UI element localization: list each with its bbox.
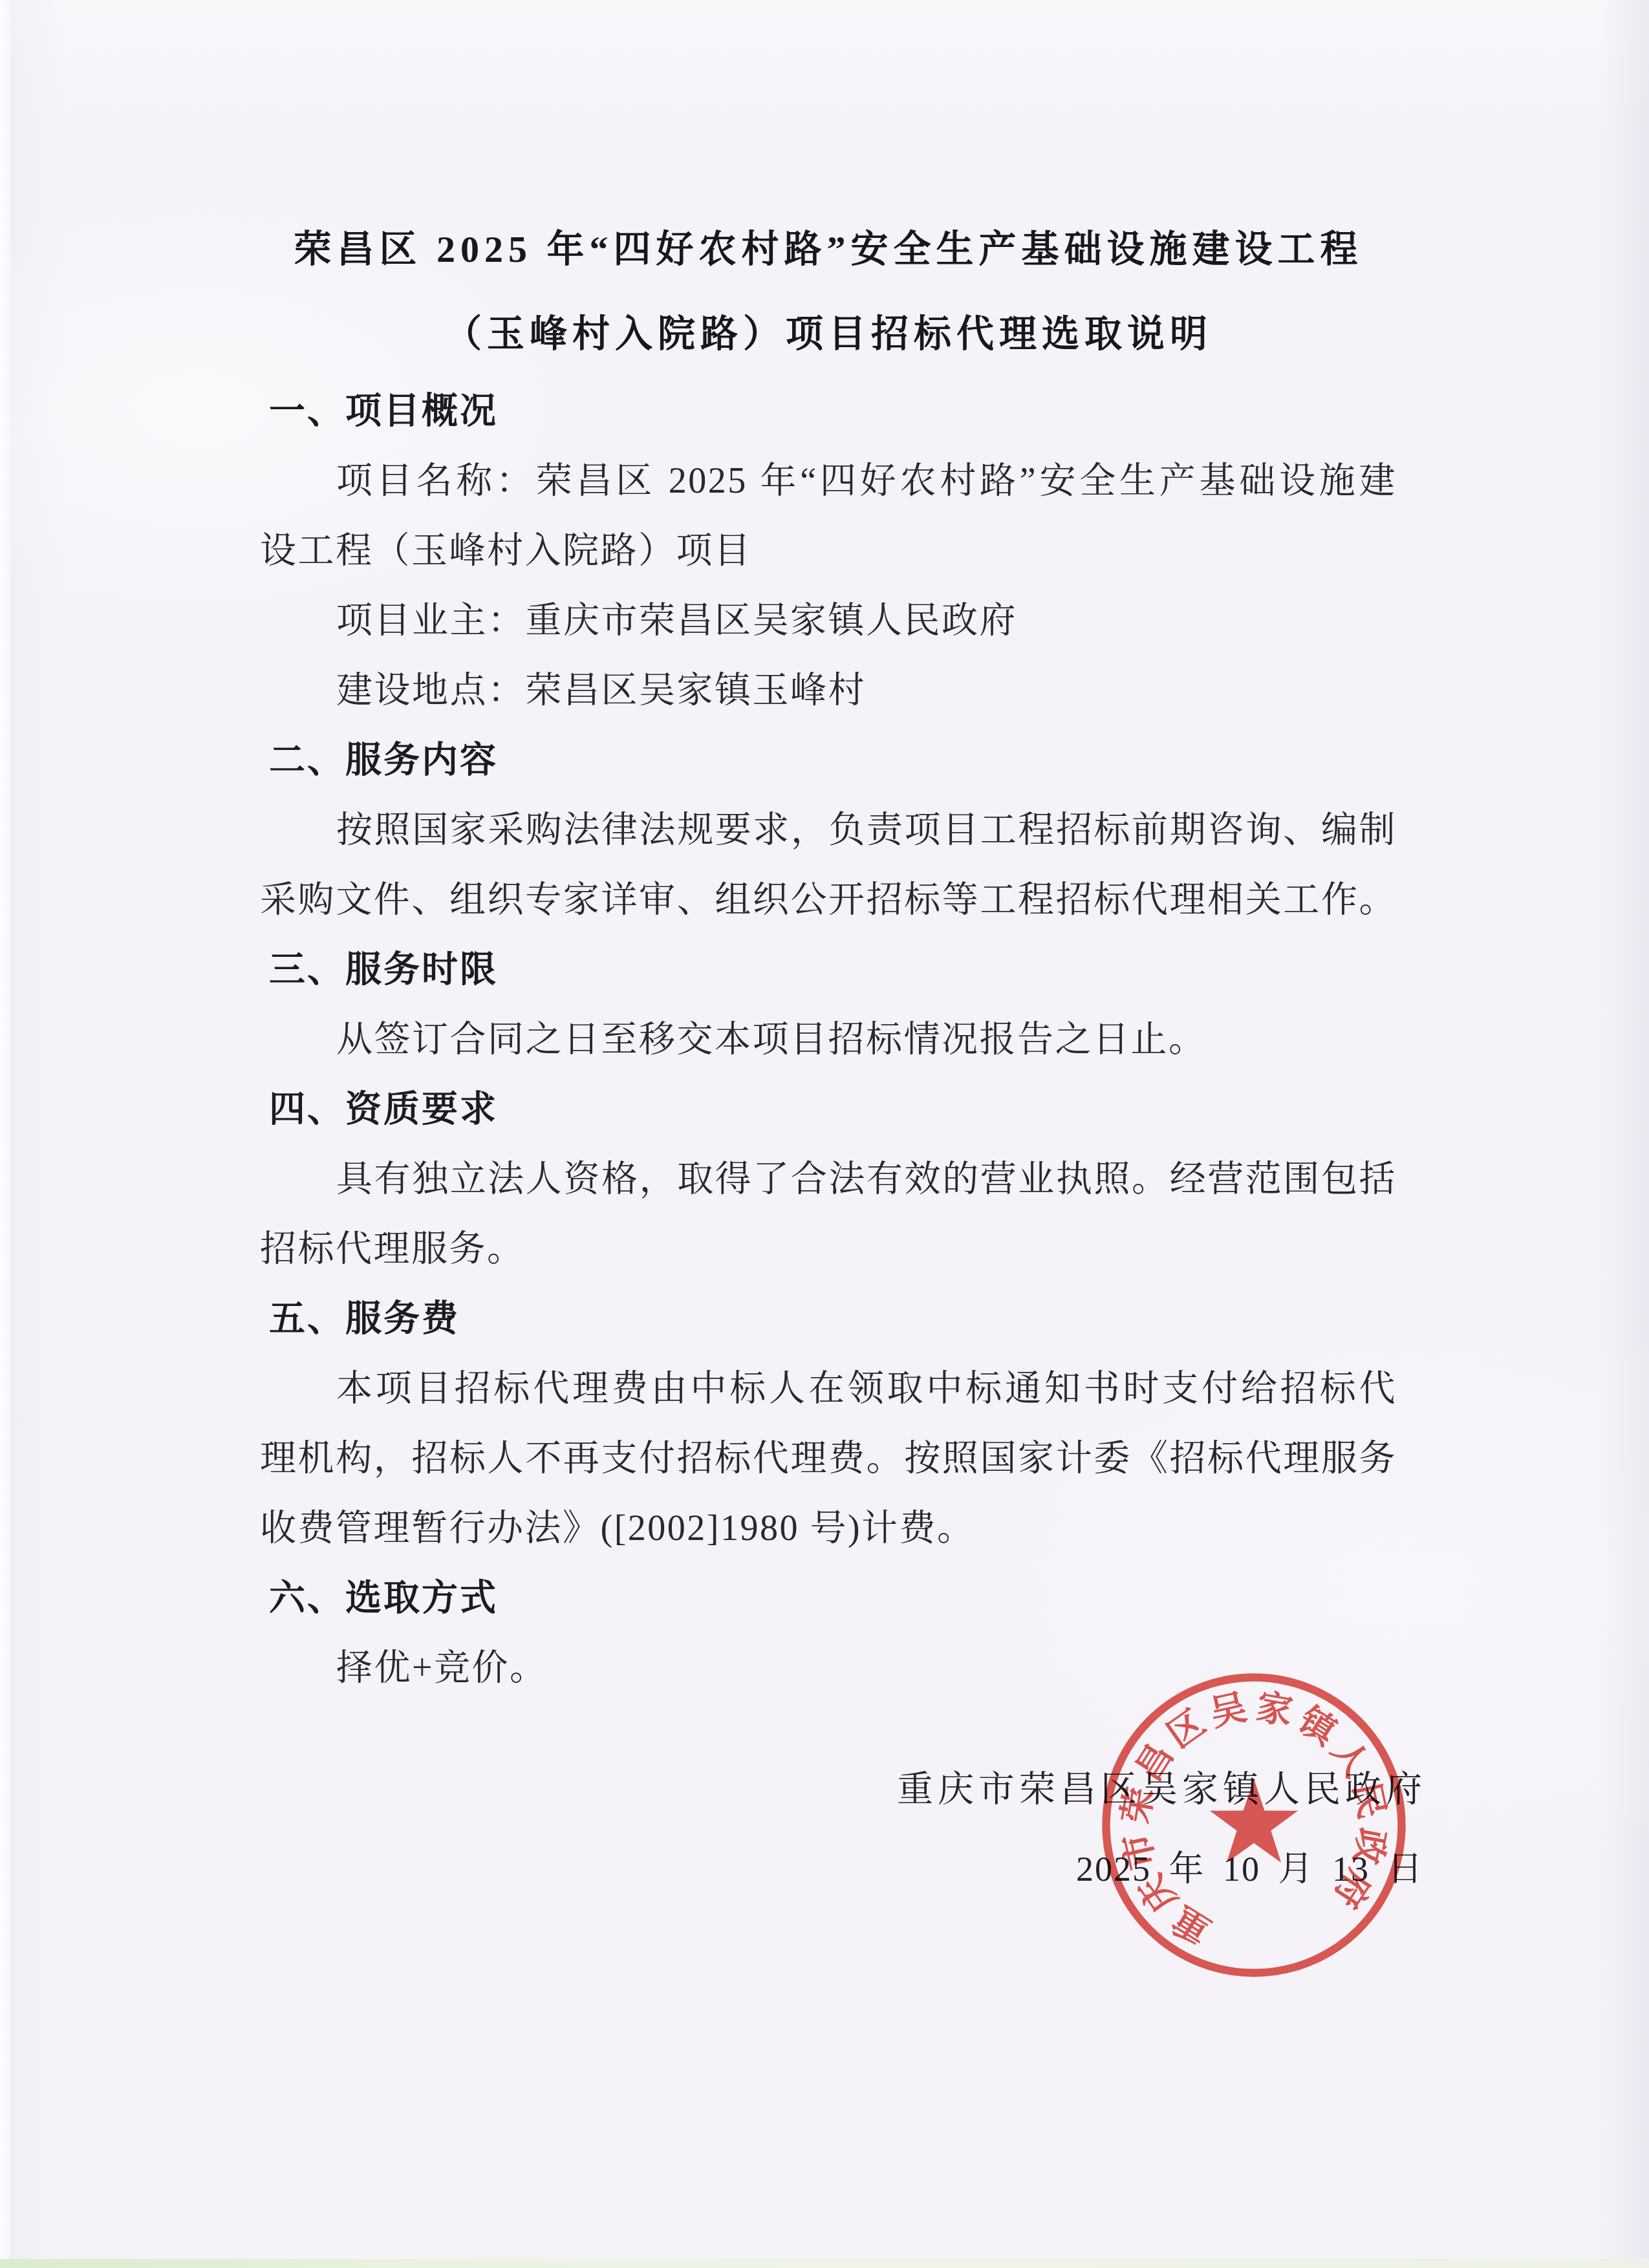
document-body: 一、项目概况项目名称：荣昌区 2025 年“四好农村路”安全生产基础设施建设工程…	[260, 376, 1397, 1703]
text-line: 本项目招标代理费由中标人在领取中标通知书时支付给招标代	[260, 1354, 1397, 1424]
svg-text:府: 府	[1326, 1863, 1379, 1915]
svg-text:吴: 吴	[1207, 1687, 1250, 1734]
section-heading: 二、服务内容	[260, 725, 1397, 795]
svg-text:人: 人	[1324, 1732, 1377, 1784]
official-seal: 重庆市荣昌区吴家镇人民政府	[1099, 1671, 1408, 1980]
text-line: 招标代理服务。	[260, 1214, 1397, 1284]
section-heading: 六、选取方式	[260, 1563, 1397, 1633]
svg-text:民: 民	[1346, 1779, 1392, 1822]
scan-edge-artifact-left	[0, 0, 10, 2268]
text-line: 设工程（玉峰村入院路）项目	[260, 516, 1397, 586]
text-line: 建设地点：荣昌区吴家镇玉峰村	[260, 656, 1397, 725]
svg-text:昌: 昌	[1128, 1737, 1181, 1788]
text-line: 理机构，招标人不再支付招标代理费。按照国家计委《招标代理服务	[260, 1424, 1397, 1493]
text-line: 按照国家采购法律法规要求，负责项目工程招标前期咨询、编制	[260, 795, 1397, 865]
scan-edge-artifact-bottom	[0, 2259, 1649, 2268]
text-line: 从签订合同之日至移交本项目招标情况报告之日止。	[260, 1005, 1397, 1075]
section-heading: 五、服务费	[260, 1284, 1397, 1354]
svg-text:庆: 庆	[1132, 1867, 1185, 1920]
svg-text:区: 区	[1160, 1702, 1212, 1755]
svg-text:政: 政	[1347, 1825, 1392, 1868]
official-seal-graphic: 重庆市荣昌区吴家镇人民政府	[1099, 1671, 1408, 1980]
document-title-line2: （玉峰村入院路）项目招标代理选取说明	[260, 311, 1397, 358]
text-line: 具有独立法人资格，取得了合法有效的营业执照。经营范围包括	[260, 1144, 1397, 1214]
section-heading: 四、资质要求	[260, 1075, 1397, 1144]
scanned-page: 荣昌区 2025 年“四好农村路”安全生产基础设施建设工程 （玉峰村入院路）项目…	[0, 0, 1649, 2268]
svg-text:家: 家	[1253, 1687, 1295, 1732]
svg-text:荣: 荣	[1115, 1784, 1161, 1826]
text-line: 收费管理暂行办法》([2002]1980 号)计费。	[260, 1493, 1397, 1563]
section-heading: 一、项目概况	[260, 376, 1397, 446]
text-line: 项目业主：重庆市荣昌区吴家镇人民政府	[260, 586, 1397, 656]
text-line: 采购文件、组织专家详审、组织公开招标等工程招标代理相关工作。	[260, 865, 1397, 935]
section-heading: 三、服务时限	[260, 935, 1397, 1005]
document-title-line1: 荣昌区 2025 年“四好农村路”安全生产基础设施建设工程	[260, 226, 1397, 273]
text-line: 项目名称：荣昌区 2025 年“四好农村路”安全生产基础设施建	[260, 446, 1397, 516]
svg-text:市: 市	[1116, 1830, 1163, 1874]
svg-text:重: 重	[1166, 1898, 1217, 1951]
